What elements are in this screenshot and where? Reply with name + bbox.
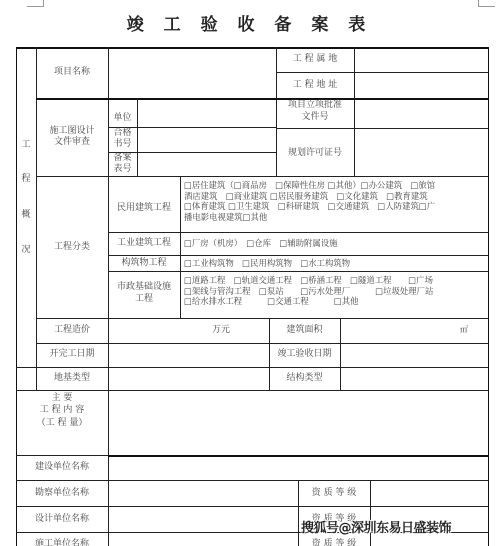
foundation-type-field[interactable] (109, 368, 268, 389)
start-end-date-label: 开完工日期 (36, 349, 108, 360)
row-line (36, 176, 488, 177)
side-char: 况 (16, 245, 36, 256)
approval-doc-label-2: 文件号 (276, 112, 354, 123)
acceptance-date-label: 竣工验收日期 (269, 349, 340, 360)
drawing-review-label-1: 施工图设计 (36, 126, 108, 137)
option-line[interactable]: □架线与管沟工程 □泵站 □污水处理厂 □垃圾处理厂站 (184, 286, 433, 297)
planning-permit-label: 规划许可证号 (276, 148, 354, 159)
builder-unit-label: 施工单位名称 (16, 539, 108, 546)
survey-grade-field[interactable] (371, 481, 487, 505)
page-title: 竣 工 验 收 备 案 表 (0, 10, 499, 35)
review-cert-field[interactable] (138, 128, 275, 151)
review-cert-label-1: 合格 (108, 128, 137, 139)
structure-type-field[interactable] (341, 368, 487, 389)
civil-building-options[interactable]: □居住建筑（□商品房 □保障性住房 □其他）□办公建筑 □旅馆 酒店建筑 □商业… (184, 180, 435, 222)
municipal-label-2: 工程 (108, 294, 180, 305)
structure-type-label: 结构类型 (269, 373, 340, 384)
cost-field[interactable] (109, 319, 268, 342)
foundation-type-label: 地基类型 (36, 373, 108, 384)
watermark: 搜狐号@深圳东易日盛装饰 (301, 517, 451, 536)
project-address-field[interactable] (355, 73, 487, 97)
main-content-label-1: 主 要 (16, 393, 108, 404)
construction-unit-field[interactable] (109, 457, 487, 479)
design-unit-field[interactable] (109, 507, 297, 531)
table-border-right (488, 47, 489, 546)
structures-options[interactable]: □工业构筑物 □民用构筑物 □水工构筑物 (184, 258, 350, 269)
classification-label: 工程分类 (36, 242, 108, 253)
main-content-label-2: 工 程 内 容 (16, 405, 108, 416)
row-line (16, 455, 108, 456)
option-line[interactable]: □体育建筑 □卫生建筑 □科研建筑 □交通建筑 □人防建筑□广 (184, 201, 435, 212)
approval-doc-field[interactable] (355, 99, 487, 127)
review-unit-field[interactable] (138, 99, 275, 126)
civil-building-label: 民用建筑工程 (108, 203, 180, 214)
industrial-building-label: 工业建筑工程 (108, 238, 180, 249)
side-char: 概 (16, 210, 36, 221)
option-line[interactable]: □居住建筑（□商品房 □保障性住房 □其他）□办公建筑 □旅馆 (184, 180, 435, 191)
main-content-field[interactable] (109, 391, 487, 454)
builder-grade-label: 资 质 等 级 (298, 539, 370, 546)
project-address-label: 工 程 地 址 (276, 80, 354, 91)
page-corner-mark-left (27, 0, 44, 7)
municipal-label-1: 市政基础设施 (108, 282, 180, 293)
option-line[interactable]: □工业构筑物 □民用构筑物 □水工构筑物 (184, 258, 350, 269)
design-unit-label: 设计单位名称 (16, 514, 108, 525)
area-unit: ㎡ (460, 324, 468, 335)
page-corner-mark-right (478, 0, 495, 7)
project-name-field[interactable] (109, 49, 275, 97)
acceptance-date-field[interactable] (341, 344, 487, 366)
municipal-options[interactable]: □道路工程 □轨道交通工程 □桥涵工程 □隧道工程 □广场 □架线与管沟工程 □… (184, 275, 433, 307)
col-line (180, 176, 181, 318)
cost-unit: 万元 (212, 325, 230, 336)
planning-permit-field[interactable] (355, 129, 487, 175)
option-line[interactable]: 酒店建筑 □商业建筑 □居民服务建筑 □文化建筑 □教育建筑 (184, 191, 435, 202)
review-cert-label-2: 书号 (108, 139, 137, 150)
option-line[interactable]: □厂房（机房） □仓库 □辅助附属设施 (184, 238, 338, 249)
row-line (108, 271, 488, 272)
row-line (108, 232, 488, 233)
survey-grade-label: 资 质 等 级 (298, 488, 370, 499)
cost-label: 工程造价 (36, 325, 108, 336)
option-line[interactable]: □道路工程 □轨道交通工程 □桥涵工程 □隧道工程 □广场 (184, 275, 433, 286)
review-record-label-1: 备案 (108, 153, 137, 164)
structures-label: 构筑物工程 (108, 258, 180, 269)
survey-unit-label: 勘察单位名称 (16, 488, 108, 499)
review-record-field[interactable] (138, 153, 275, 175)
area-label: 建筑面积 (269, 325, 340, 336)
builder-unit-field[interactable] (109, 533, 297, 546)
review-unit-label: 单位 (108, 113, 137, 124)
start-end-date-field[interactable] (109, 344, 268, 366)
row-line (108, 255, 488, 256)
project-location-field[interactable] (355, 49, 487, 71)
option-line[interactable]: 播电影电视建筑□其他 (184, 212, 435, 223)
project-name-label: 项目名称 (36, 67, 108, 78)
survey-unit-field[interactable] (109, 481, 297, 505)
industrial-building-options[interactable]: □厂房（机房） □仓库 □辅助附属设施 (184, 238, 338, 249)
review-record-label-2: 表号 (108, 164, 137, 175)
main-content-label-3: （工 程 量） (16, 418, 108, 429)
side-char: 工 (16, 140, 36, 151)
approval-doc-label-1: 项目立项批准 (276, 100, 354, 111)
project-location-label: 工 程 属 地 (276, 54, 354, 65)
drawing-review-label-2: 文件审查 (36, 137, 108, 148)
side-char: 程 (16, 174, 36, 185)
side-label-overview: 工 程 概 况 (16, 130, 36, 280)
construction-unit-label: 建设单位名称 (16, 462, 108, 473)
option-line[interactable]: □给水排水工程 □交通工程 □其他 (184, 296, 433, 307)
